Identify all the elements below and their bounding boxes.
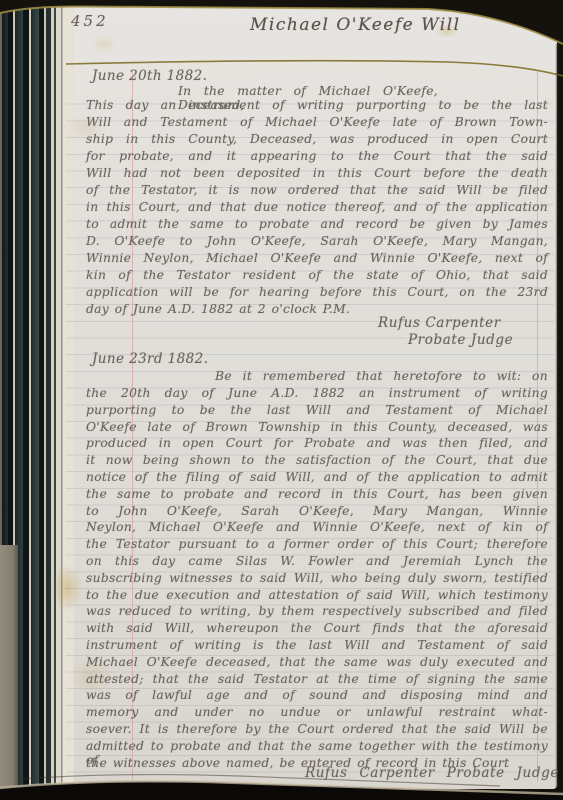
manuscript-line: soever. It is therefore by the Court ord… bbox=[86, 722, 548, 739]
manuscript-line: subscribing witnesses to said Will, who … bbox=[86, 571, 548, 588]
manuscript-line: Neylon, Michael O'Keefe and Winnie O'Kee… bbox=[86, 520, 548, 537]
manuscript-line: D. O'Keefe to John O'Keefe, Sarah O'Keef… bbox=[86, 234, 548, 251]
manuscript-line: to John O'Keefe, Sarah O'Keefe, Mary Man… bbox=[86, 504, 548, 521]
entry-opening-line: Be it remembered that heretofore to wit:… bbox=[215, 369, 548, 383]
manuscript-line: notice of the filing of said Will, and o… bbox=[86, 470, 548, 487]
judge-signature: Rufus Carpenter bbox=[378, 315, 501, 331]
manuscript-line: of the Testator, it is now ordered that … bbox=[86, 183, 548, 200]
manuscript-line: kin of the Testator resident of the stat… bbox=[86, 268, 548, 285]
entry-date: June 23rd 1882. bbox=[92, 351, 208, 367]
manuscript-line: O'Keefe late of Brown Township in this C… bbox=[86, 420, 548, 437]
manuscript-line: the 20th day of June A.D. 1882 an instru… bbox=[86, 386, 548, 403]
manuscript-line: Winnie Neylon, Michael O'Keefe and Winni… bbox=[86, 251, 548, 268]
page-number: 452 bbox=[71, 12, 109, 30]
entry-date: June 20th 1882. bbox=[92, 68, 207, 84]
manuscript-line: for probate, and it appearing to the Cou… bbox=[86, 149, 548, 166]
manuscript-line: was reduced to writing, by them respecti… bbox=[86, 604, 548, 621]
manuscript-line: the same to probate and record in this C… bbox=[86, 487, 548, 504]
manuscript-line: to admit the same to probate and record … bbox=[86, 217, 548, 234]
manuscript-line: memory and under no undue or unlawful re… bbox=[86, 705, 548, 722]
judge-title: Probate Judge bbox=[408, 332, 513, 348]
book-cover-fabric bbox=[0, 545, 18, 800]
manuscript-line: admitted to probate and that the same to… bbox=[86, 739, 548, 756]
manuscript-line: application will be for hearing before t… bbox=[86, 285, 548, 302]
scanned-record-book-photo: 452 Michael O'Keefe Will June 20th 1882.… bbox=[0, 0, 563, 800]
manuscript-line: Will had not been deposited in this Cour… bbox=[86, 166, 548, 183]
page-header-title: Michael O'Keefe Will bbox=[250, 15, 461, 35]
manuscript-line: in this Court, and that due notice there… bbox=[86, 200, 548, 217]
manuscript-line: Will and Testament of Michael O'Keefe la… bbox=[86, 115, 548, 132]
manuscript-line: produced in open Court for Probate and w… bbox=[86, 436, 548, 453]
manuscript-line: instrument of writing is the last Will a… bbox=[86, 638, 548, 655]
manuscript-line: attested; that the said Testator at the … bbox=[86, 672, 548, 689]
manuscript-line: with said Will, whereupon the Court find… bbox=[86, 621, 548, 638]
entry-body-lines: This day an instrument of writing purpor… bbox=[86, 98, 548, 319]
manuscript-line: purporting to be the last Will and Testa… bbox=[86, 403, 548, 420]
manuscript-line: the Testator pursuant to a former order … bbox=[86, 537, 548, 554]
manuscript-line: was of lawful age and of sound and dispo… bbox=[86, 688, 548, 705]
manuscript-line: on this day came Silas W. Fowler and Jer… bbox=[86, 554, 548, 571]
manuscript-line: ship in this County, Deceased, was produ… bbox=[86, 132, 548, 149]
manuscript-line: it now being shown to the satisfaction o… bbox=[86, 453, 548, 470]
manuscript-line: to the due execution and attestation of … bbox=[86, 588, 548, 605]
entry-body-lines: the 20th day of June A.D. 1882 an instru… bbox=[86, 386, 548, 772]
judge-signature: Rufus Carpenter Probate Judge bbox=[305, 765, 559, 781]
manuscript-line: Michael O'Keefe deceased, that the same … bbox=[86, 655, 548, 672]
manuscript-line: This day an instrument of writing purpor… bbox=[86, 98, 548, 115]
